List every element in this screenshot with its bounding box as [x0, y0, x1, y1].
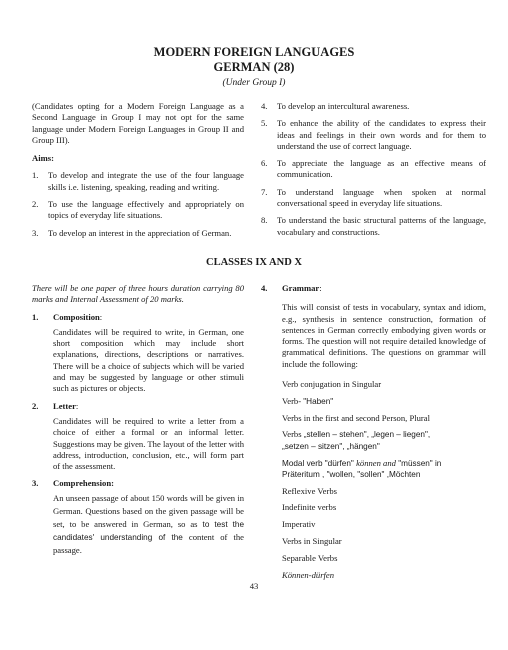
grammar-item: Indefinite verbs — [282, 502, 486, 513]
aim-number: 4. — [261, 101, 277, 112]
section-colon: : — [100, 312, 102, 322]
grammar-item: Separable Verbs — [282, 553, 486, 564]
aim-text: To develop an interest in the appreciati… — [48, 228, 244, 239]
grammar-item: Reflexive Verbs — [282, 486, 486, 497]
grammar-topic-list: Verb conjugation in Singular Verb- "Habe… — [261, 379, 486, 581]
aim-item: 7. To understand language when spoken at… — [261, 187, 486, 210]
aim-text: To understand language when spoken at no… — [277, 187, 486, 210]
aim-text: To develop and integrate the use of the … — [48, 170, 244, 193]
aim-text: To understand the basic structural patte… — [277, 215, 486, 238]
grammar-item-term: Modal verb "dürfen" — [282, 459, 356, 468]
left-column-syllabus: There will be one paper of three hours d… — [32, 283, 244, 557]
section-number: 1. — [32, 312, 53, 323]
section-heading-grammar: 4. Grammar: — [261, 283, 486, 294]
section-title: Comprehension: — [53, 478, 114, 489]
grammar-item-text: Verbs — [282, 429, 304, 439]
section-title: Composition — [53, 312, 100, 322]
aims-heading: Aims: — [32, 153, 244, 164]
section-body-comprehension: An unseen passage of about 150 words wil… — [32, 492, 244, 557]
section-number: 2. — [32, 401, 53, 412]
grammar-item-term: „setzen – sitzen", „hängen" — [282, 442, 380, 451]
aim-text: To use the language effectively and appr… — [48, 199, 244, 222]
section-title: Letter — [53, 401, 76, 411]
section-body-composition: Candidates will be required to write, in… — [32, 327, 244, 395]
aim-number: 3. — [32, 228, 48, 239]
section-title: Grammar — [282, 283, 319, 293]
aim-number: 7. — [261, 187, 277, 210]
grammar-item-term: „stellen – stehen", „legen – liegen", — [304, 430, 430, 439]
document-title: MODERN FOREIGN LANGUAGES — [0, 45, 508, 60]
section-number: 3. — [32, 478, 53, 489]
classes-heading: CLASSES IX AND X — [0, 257, 508, 268]
aim-number: 2. — [32, 199, 48, 222]
grammar-item: Modal verb "dürfen" können and "müssen" … — [282, 458, 486, 481]
right-column-grammar: 4. Grammar: This will consist of tests i… — [261, 283, 486, 586]
section-heading-composition: 1. Composition: — [32, 312, 244, 323]
page-number: 43 — [0, 581, 508, 591]
grammar-item: Verb- "Haben" — [282, 396, 486, 407]
aim-text: To appreciate the language as an effecti… — [277, 158, 486, 181]
grammar-item-italic: können and — [356, 458, 396, 468]
aim-item: 6. To appreciate the language as an effe… — [261, 158, 486, 181]
document-subtitle: (Under Group I) — [0, 78, 508, 88]
grammar-item-text: Verb- — [282, 396, 303, 406]
grammar-item-term: "Haben" — [303, 397, 333, 406]
section-body-letter: Candidates will be required to write a l… — [32, 416, 244, 472]
aim-text: To develop an intercultural awareness. — [277, 101, 486, 112]
left-column-aims: (Candidates opting for a Modern Foreign … — [32, 101, 244, 245]
paper-intro: There will be one paper of three hours d… — [32, 283, 244, 306]
aim-item: 3. To develop an interest in the appreci… — [32, 228, 244, 239]
grammar-item-term: Präteritum , "wollen, "sollen" ,Möchten — [282, 470, 420, 479]
section-heading-letter: 2. Letter: — [32, 401, 244, 412]
aim-number: 8. — [261, 215, 277, 238]
right-column-aims: 4. To develop an intercultural awareness… — [261, 101, 486, 244]
grammar-item: Verbs „stellen – stehen", „legen – liege… — [282, 429, 486, 452]
aim-item: 8. To understand the basic structural pa… — [261, 215, 486, 238]
aim-text: To enhance the ability of the candidates… — [277, 118, 486, 152]
grammar-item: Verb conjugation in Singular — [282, 379, 486, 390]
aim-item: 4. To develop an intercultural awareness… — [261, 101, 486, 112]
aim-item: 2. To use the language effectively and a… — [32, 199, 244, 222]
intro-note: (Candidates opting for a Modern Foreign … — [32, 101, 244, 146]
comprehension-text-b: so as — [178, 519, 198, 529]
aim-item: 5. To enhance the ability of the candida… — [261, 118, 486, 152]
section-colon: : — [319, 283, 321, 293]
section-number: 4. — [261, 283, 282, 294]
section-heading-comprehension: 3. Comprehension: — [32, 478, 244, 489]
aim-number: 1. — [32, 170, 48, 193]
section-body-grammar: This will consist of tests in vocabulary… — [261, 302, 486, 370]
grammar-item: Verbs in the first and second Person, Pl… — [282, 413, 486, 424]
document-subject-title: GERMAN (28) — [0, 60, 508, 75]
grammar-item: Verbs in Singular — [282, 536, 486, 547]
aim-item: 1. To develop and integrate the use of t… — [32, 170, 244, 193]
grammar-item: Können-dürfen — [282, 570, 486, 581]
aim-number: 6. — [261, 158, 277, 181]
section-colon: : — [76, 401, 78, 411]
grammar-item: Imperativ — [282, 519, 486, 530]
grammar-item-term: "müssen" in — [396, 459, 441, 468]
aim-number: 5. — [261, 118, 277, 152]
